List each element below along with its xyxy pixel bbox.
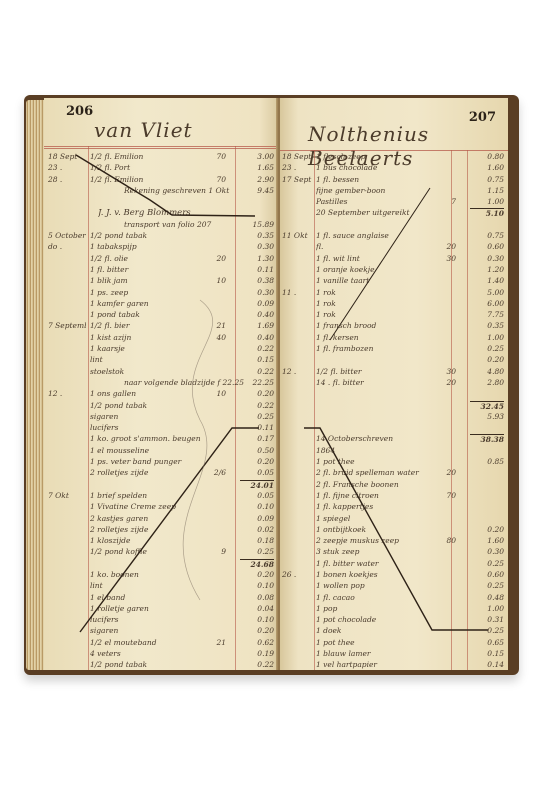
ledger-entry: 1 kamfer garen0.09 <box>44 299 278 310</box>
entry-amt: 4.80 <box>470 367 504 376</box>
entry-amt: 0.09 <box>240 514 274 523</box>
entry-desc: 1 rok <box>316 299 466 308</box>
entry-desc: sigaren <box>90 412 230 421</box>
entry-desc: 2 rolletjes zijde <box>90 525 230 534</box>
entry-qty: 21 <box>206 321 226 330</box>
ledger-entry: naar volgende bladzijde f 22.2522.25 <box>44 378 278 389</box>
ledger-entry: 2 kastjes garen0.09 <box>44 514 278 525</box>
entry-date: 18 Sept <box>48 152 86 161</box>
ledger-entry: 1 oranje koekje1.20 <box>280 265 508 276</box>
entry-amt: 0.30 <box>240 288 274 297</box>
ledger-entry: 1 fl. wit lint300.30 <box>280 254 508 265</box>
ledger-entry: lint0.15 <box>44 355 278 366</box>
entry-amt: 0.31 <box>470 615 504 624</box>
entry-amt: 0.22 <box>240 660 274 669</box>
ledger-rows: 18 Sept1 flesch zeep0.8023 .1 bus chocol… <box>280 152 508 670</box>
ledger-entry: 1 ps. veter band punger0.20 <box>44 457 278 468</box>
ledger-entry: 1 kaarsje0.22 <box>44 344 278 355</box>
entry-amt: 0.04 <box>240 604 274 613</box>
entry-desc: J. J. v. Berg Blommers <box>98 208 238 218</box>
entry-desc: 1/2 pond tabak <box>90 231 230 240</box>
entry-amt: 0.09 <box>240 299 274 308</box>
entry-desc: 1 brief spelden <box>90 491 230 500</box>
ledger-entry: 5 October1/2 pond tabak0.35 <box>44 231 278 242</box>
ledger-entry: 1 rolletje garen0.04 <box>44 604 278 615</box>
entry-date: 23 . <box>282 163 314 172</box>
entry-amt: 0.35 <box>240 231 274 240</box>
entry-date: 26 . <box>282 570 314 579</box>
ledger-entry: 24.01 <box>44 480 278 491</box>
entry-amt: 0.15 <box>240 355 274 364</box>
entry-desc: 1/2 pond tabak <box>90 660 230 669</box>
right-page: 207 Nolthenius Beelaerts 18 Sept1 flesch… <box>280 98 508 670</box>
entry-desc: lucifers <box>90 615 230 624</box>
entry-amt: 0.20 <box>470 525 504 534</box>
ledger-entry: fl.200.60 <box>280 242 508 253</box>
entry-desc: 1 fl. bitter water <box>316 559 466 568</box>
entry-amt: 1.30 <box>240 254 274 263</box>
ledger-entry: 2 fl. Fransche boonen <box>280 480 508 491</box>
entry-amt: 24.01 <box>240 480 274 490</box>
entry-amt: 0.25 <box>240 547 274 556</box>
ledger-entry <box>280 423 508 434</box>
ledger-entry: 1 fl. bitter water0.25 <box>280 559 508 570</box>
entry-amt: 9.45 <box>240 186 274 195</box>
ledger-entry: 1 fl. bitter0.11 <box>44 265 278 276</box>
entry-amt: 38.38 <box>470 434 504 444</box>
entry-desc: 1 spiegel <box>316 514 466 523</box>
entry-desc: 1 bonen koekjes <box>316 570 466 579</box>
entry-desc: 1 el band <box>90 593 230 602</box>
entry-desc: 1 doek <box>316 626 466 635</box>
entry-amt: 0.25 <box>240 412 274 421</box>
entry-qty: 20 <box>206 254 226 263</box>
account-name: van Vliet <box>94 118 193 142</box>
entry-qty: 9 <box>206 547 226 556</box>
entry-desc: 1 ko. groot s'ammon. beugen <box>90 434 230 443</box>
entry-amt: 1.60 <box>470 163 504 172</box>
ledger-rows: 18 Sept1/2 fl. Emilion703.0023 .1/2 fl. … <box>44 152 278 670</box>
entry-amt: 1.65 <box>240 163 274 172</box>
entry-amt: 22.25 <box>240 378 274 387</box>
ledger-entry <box>44 197 278 208</box>
left-page: 206 van Vliet 18 Sept1/2 fl. Emilion703.… <box>44 98 278 670</box>
ledger-entry: 1 wollen pop0.25 <box>280 581 508 592</box>
ledger-entry: 28 .1/2 fl. Emilion702.90 <box>44 175 278 186</box>
entry-desc: 1 oranje koekje <box>316 265 466 274</box>
ledger-entry: Rekening geschreven 1 Okt9.45 <box>44 186 278 197</box>
entry-amt: 0.14 <box>470 660 504 669</box>
ledger-entry: 2 fl. bruid spelleman water20 <box>280 468 508 479</box>
ledger-entry: 18 Sept1 flesch zeep0.80 <box>280 152 508 163</box>
entry-desc: stoelstok <box>90 367 230 376</box>
entry-date: 18 Sept <box>282 152 314 161</box>
ledger-entry: 14 Octoberschreven38.38 <box>280 434 508 445</box>
ledger-entry: J. J. v. Berg Blommers <box>44 208 278 219</box>
entry-desc: 1 fl. bessen <box>316 175 466 184</box>
entry-amt: 0.30 <box>470 254 504 263</box>
ledger-entry: 2 zeepje muskus zeep801.60 <box>280 536 508 547</box>
entry-amt: 0.25 <box>470 559 504 568</box>
entry-desc: 1 kamfer garen <box>90 299 230 308</box>
ledger-entry: 1 pond tabak0.40 <box>44 310 278 321</box>
ledger-entry: sigaren0.20 <box>44 626 278 637</box>
entry-desc: 14 Octoberschreven <box>316 434 466 443</box>
entry-desc: lint <box>90 581 230 590</box>
ledger-entry: 5.93 <box>280 412 508 423</box>
ledger-entry: 1 pop1.00 <box>280 604 508 615</box>
entry-desc: 1 fl. kappertjes <box>316 502 466 511</box>
entry-amt: 0.40 <box>240 310 274 319</box>
ledger-entry <box>280 220 508 231</box>
entry-amt: 0.25 <box>470 344 504 353</box>
ledger-entry: 32.45 <box>280 401 508 412</box>
entry-desc: sigaren <box>90 626 230 635</box>
entry-amt: 0.11 <box>240 265 274 274</box>
ledger-entry: 1/2 pond tabak0.22 <box>44 401 278 412</box>
entry-desc: 1 fl. cacao <box>316 593 466 602</box>
ledger-entry: 1 fl. kappertjes <box>280 502 508 513</box>
ledger-entry: 1 rok7.75 <box>280 310 508 321</box>
entry-desc: 1 ps. zeep <box>90 288 230 297</box>
entry-amt: 1.20 <box>470 265 504 274</box>
ledger-entry: 1 el mousseline0.50 <box>44 446 278 457</box>
entry-amt: 0.35 <box>470 321 504 330</box>
ledger-entry: 1 blik jam100.38 <box>44 276 278 287</box>
entry-amt: 1.00 <box>470 333 504 342</box>
entry-amt: 0.75 <box>470 175 504 184</box>
entry-desc: lint <box>90 355 230 364</box>
entry-amt: 0.85 <box>470 457 504 466</box>
ledger-entry: 1 ko. groot s'ammon. beugen0.17 <box>44 434 278 445</box>
entry-amt: 5.93 <box>470 412 504 421</box>
entry-date: 11 Okt <box>282 231 314 240</box>
ledger-entry: 12 .1 ons gallen100.20 <box>44 389 278 400</box>
entry-date: do . <box>48 242 86 251</box>
entry-amt: 0.62 <box>240 638 274 647</box>
ledger-entry: 1864 <box>280 446 508 457</box>
entry-amt: 0.11 <box>240 423 274 432</box>
ledger-entry: 1 spiegel <box>280 514 508 525</box>
entry-amt: 2.80 <box>470 378 504 387</box>
ledger-entry: 1 doek0.25 <box>280 626 508 637</box>
entry-amt: 6.00 <box>470 299 504 308</box>
entry-desc: fijne gember-boon <box>316 186 466 195</box>
entry-amt: 0.65 <box>470 638 504 647</box>
header-rule <box>44 148 278 149</box>
ledger-entry: lint0.10 <box>44 581 278 592</box>
entry-desc: 2 fl. Fransche boonen <box>316 480 466 489</box>
entry-desc: 1/2 pond tabak <box>90 401 230 410</box>
page-number: 206 <box>66 104 93 119</box>
entry-amt: 3.00 <box>240 152 274 161</box>
entry-desc: 1 fl. kersen <box>316 333 466 342</box>
entry-qty: 80 <box>436 536 456 545</box>
entry-amt: 0.25 <box>470 581 504 590</box>
ledger-entry: 1 pot thee0.85 <box>280 457 508 468</box>
entry-amt: 0.20 <box>240 457 274 466</box>
entry-desc: 1 pot thee <box>316 457 466 466</box>
entry-desc: 1 kloszijde <box>90 536 230 545</box>
entry-date: 5 October <box>48 231 86 240</box>
ledger-entry: sigaren0.25 <box>44 412 278 423</box>
entry-amt: 0.50 <box>240 446 274 455</box>
ledger-entry: 1/2 pond koffie90.25 <box>44 547 278 558</box>
entry-amt: 0.48 <box>470 593 504 602</box>
entry-amt: 0.75 <box>470 231 504 240</box>
entry-amt: 1.00 <box>470 197 504 206</box>
entry-qty: 70 <box>436 491 456 500</box>
ledger-entry: lucifers0.10 <box>44 615 278 626</box>
entry-qty: 2/6 <box>206 468 226 477</box>
entry-desc: 1 blauw lamer <box>316 649 466 658</box>
ledger-entry: 1/2 fl. olie201.30 <box>44 254 278 265</box>
ledger-entry: 1 fl. cacao0.48 <box>280 593 508 604</box>
ledger-entry: 2 rolletjes zijde2/60.05 <box>44 468 278 479</box>
entry-amt: 1.60 <box>470 536 504 545</box>
entry-desc: 4 veters <box>90 649 230 658</box>
ledger-entry: 1 ps. zeep0.30 <box>44 288 278 299</box>
entry-qty: 70 <box>206 152 226 161</box>
ledger-entry: lucifers0.11 <box>44 423 278 434</box>
ledger-entry: 20 September uitgereikt5.10 <box>280 208 508 219</box>
entry-desc: 1 ps. veter band punger <box>90 457 230 466</box>
ledger-entry: 2 rolletjes zijde0.02 <box>44 525 278 536</box>
entry-amt: 2.90 <box>240 175 274 184</box>
entry-amt: 0.30 <box>470 547 504 556</box>
entry-date: 12 . <box>48 389 86 398</box>
entry-amt: 0.05 <box>240 491 274 500</box>
ledger-entry: 1 fransch brood0.35 <box>280 321 508 332</box>
entry-qty: 20 <box>436 468 456 477</box>
ledger-entry: 17 Sept1 fl. bessen0.75 <box>280 175 508 186</box>
ledger-entry: 14 . fl. bitter202.80 <box>280 378 508 389</box>
entry-amt: 1.69 <box>240 321 274 330</box>
entry-amt: 5.10 <box>470 208 504 218</box>
entry-amt: 15.89 <box>240 220 274 229</box>
entry-amt: 0.22 <box>240 344 274 353</box>
ledger-entry: 7 Septemb1/2 fl. bier211.69 <box>44 321 278 332</box>
ledger-entry: do .1 tabakspijp0.30 <box>44 242 278 253</box>
entry-desc: 1 fransch brood <box>316 321 466 330</box>
entry-date: 12 . <box>282 367 314 376</box>
entry-desc: 1 el mousseline <box>90 446 230 455</box>
entry-desc: lucifers <box>90 423 230 432</box>
ledger-entry: fijne gember-boon1.15 <box>280 186 508 197</box>
entry-qty: 21 <box>206 638 226 647</box>
ledger-entry: 1 pot chocolade0.31 <box>280 615 508 626</box>
ledger-entry: 1 vanille taart1.40 <box>280 276 508 287</box>
entry-desc: 1 fl. frambozen <box>316 344 466 353</box>
entry-amt: 7.75 <box>470 310 504 319</box>
ledger-entry: 1 blauw lamer0.15 <box>280 649 508 660</box>
entry-date: 7 Okt <box>48 491 86 500</box>
entry-desc: 1 pop <box>316 604 466 613</box>
ledger-entry: 12 .1/2 fl. bitter304.80 <box>280 367 508 378</box>
entry-desc: 1 vanille taart <box>316 276 466 285</box>
entry-amt: 0.10 <box>240 615 274 624</box>
header-rule <box>44 146 278 147</box>
entry-desc: 1 tabakspijp <box>90 242 230 251</box>
entry-date: 17 Sept <box>282 175 314 184</box>
ledger-entry: 11 .1 rok5.00 <box>280 288 508 299</box>
ledger-entry: 1 kloszijde0.18 <box>44 536 278 547</box>
ledger-entry: transport van folio 20715.89 <box>44 220 278 231</box>
entry-qty: 30 <box>436 254 456 263</box>
entry-amt: 0.22 <box>240 367 274 376</box>
entry-date: 11 . <box>282 288 314 297</box>
entry-qty: 10 <box>206 276 226 285</box>
ledger-entry: 26 .1 bonen koekjes0.60 <box>280 570 508 581</box>
entry-desc: 1 pot chocolade <box>316 615 466 624</box>
entry-amt: 0.20 <box>470 355 504 364</box>
entry-amt: 1.00 <box>470 604 504 613</box>
ledger-entry: 1 kist azijn400.40 <box>44 333 278 344</box>
entry-desc: 1 rok <box>316 288 466 297</box>
entry-qty: 20 <box>436 378 456 387</box>
entry-amt: 0.15 <box>470 649 504 658</box>
entry-desc: 1 kaarsje <box>90 344 230 353</box>
entry-desc: 1 vel hartpapier <box>316 660 466 669</box>
ledger-entry: 7 Okt1 brief spelden0.05 <box>44 491 278 502</box>
entry-amt: 0.02 <box>240 525 274 534</box>
entry-desc: 1 ontbijtkoek <box>316 525 466 534</box>
ledger-entry: 1/2 el mouteband210.62 <box>44 638 278 649</box>
ledger-entry: 0.20 <box>280 355 508 366</box>
entry-amt: 0.17 <box>240 434 274 443</box>
entry-amt: 0.22 <box>240 401 274 410</box>
entry-desc: 1/2 fl. Port <box>90 163 230 172</box>
entry-amt: 0.80 <box>470 152 504 161</box>
entry-date: 7 Septemb <box>48 321 86 330</box>
entry-amt: 0.20 <box>240 570 274 579</box>
entry-amt: 0.60 <box>470 242 504 251</box>
entry-amt: 0.20 <box>240 389 274 398</box>
entry-amt: 1.40 <box>470 276 504 285</box>
ledger-entry: 1 fl. fijne citroen70 <box>280 491 508 502</box>
ledger-entry: 1 el band0.08 <box>44 593 278 604</box>
ledger-entry: 18 Sept1/2 fl. Emilion703.00 <box>44 152 278 163</box>
entry-date: 28 . <box>48 175 86 184</box>
ledger-entry: 1 rok6.00 <box>280 299 508 310</box>
entry-qty: 40 <box>206 333 226 342</box>
entry-amt: 0.18 <box>240 536 274 545</box>
entry-amt: 5.00 <box>470 288 504 297</box>
ledger-entry: Pastilles71.00 <box>280 197 508 208</box>
ledger-entry: 1 ontbijtkoek0.20 <box>280 525 508 536</box>
entry-qty: 10 <box>206 389 226 398</box>
entry-amt: 24.68 <box>240 559 274 569</box>
ledger-entry: 1 fl. kersen1.00 <box>280 333 508 344</box>
entry-amt: 1.15 <box>470 186 504 195</box>
entry-qty: 20 <box>436 242 456 251</box>
ledger-entry: 1 vel hartpapier0.14 <box>280 660 508 670</box>
entry-amt: 0.08 <box>240 593 274 602</box>
entry-desc: 20 September uitgereikt <box>316 208 466 217</box>
ledger-entry: 1 fl. frambozen0.25 <box>280 344 508 355</box>
entry-qty: 70 <box>206 175 226 184</box>
ledger-entry: 1 ko. boonen0.20 <box>44 570 278 581</box>
entry-desc: 1864 <box>316 446 466 455</box>
entry-desc: 1 bus chocolade <box>316 163 466 172</box>
entry-desc: 2 kastjes garen <box>90 514 230 523</box>
ledger-entry: 24.68 <box>44 559 278 570</box>
ledger-entry: 1 Vivatine Creme zeep0.10 <box>44 502 278 513</box>
entry-desc: 1 fl. bitter <box>90 265 230 274</box>
entry-desc: 1 fl. sauce anglaise <box>316 231 466 240</box>
entry-qty: 30 <box>436 367 456 376</box>
entry-amt: 0.05 <box>240 468 274 477</box>
entry-desc: 1 ko. boonen <box>90 570 230 579</box>
page-edges <box>26 100 46 670</box>
entry-amt: 0.20 <box>240 626 274 635</box>
entry-qty: 7 <box>436 197 456 206</box>
ledger-entry: 23 .1/2 fl. Port1.65 <box>44 163 278 174</box>
entry-amt: 32.45 <box>470 401 504 411</box>
entry-desc: 1 Vivatine Creme zeep <box>90 502 230 511</box>
entry-amt: 0.30 <box>240 242 274 251</box>
ledger-entry: 1 pot thee0.65 <box>280 638 508 649</box>
entry-amt: 0.10 <box>240 502 274 511</box>
entry-desc: 1 rolletje garen <box>90 604 230 613</box>
entry-amt: 0.40 <box>240 333 274 342</box>
entry-desc: 1 pot thee <box>316 638 466 647</box>
ledger-entry: 3 stuk zeep0.30 <box>280 547 508 558</box>
entry-date: 23 . <box>48 163 86 172</box>
ledger-entry <box>280 389 508 400</box>
entry-amt: 0.10 <box>240 581 274 590</box>
entry-amt: 0.25 <box>470 626 504 635</box>
ledger-entry: 4 veters0.19 <box>44 649 278 660</box>
entry-desc: 3 stuk zeep <box>316 547 466 556</box>
entry-desc: 1 wollen pop <box>316 581 466 590</box>
ledger-entry: stoelstok0.22 <box>44 367 278 378</box>
entry-amt: 0.38 <box>240 276 274 285</box>
ledger-entry: 11 Okt1 fl. sauce anglaise0.75 <box>280 231 508 242</box>
entry-desc: 1 pond tabak <box>90 310 230 319</box>
ledger-entry: 23 .1 bus chocolade1.60 <box>280 163 508 174</box>
entry-amt: 0.19 <box>240 649 274 658</box>
entry-desc: 1 rok <box>316 310 466 319</box>
entry-desc: 1 flesch zeep <box>316 152 466 161</box>
entry-amt: 0.60 <box>470 570 504 579</box>
ledger-entry: 1/2 pond tabak0.22 <box>44 660 278 670</box>
